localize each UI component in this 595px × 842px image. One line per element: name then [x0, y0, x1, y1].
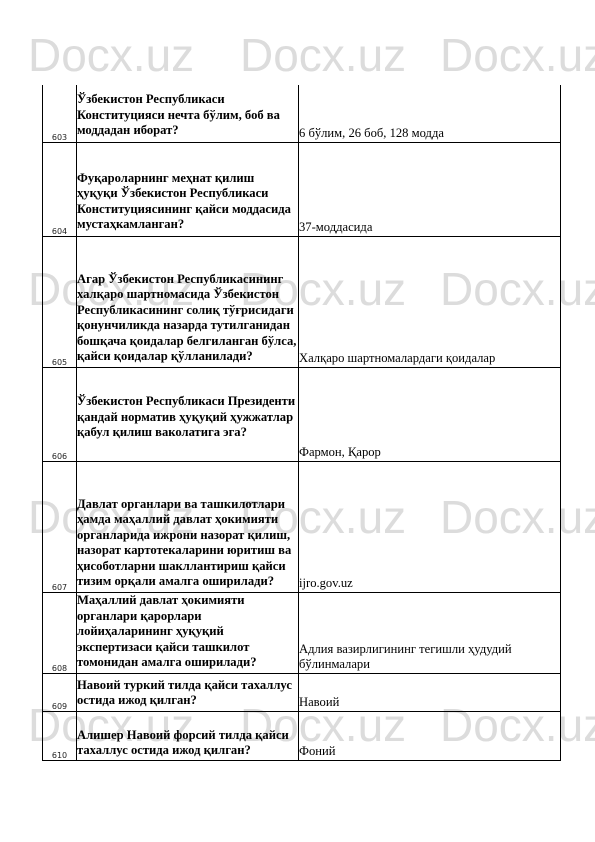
row-number: 608: [43, 592, 77, 673]
row-number: 604: [43, 142, 77, 236]
watermark: Docx.uz: [28, 28, 194, 82]
answer-cell: 37-моддасида: [299, 142, 561, 236]
row-number: 603: [43, 85, 77, 142]
watermark: Docx.uz: [240, 28, 406, 82]
answer-cell: 6 бўлим, 26 боб, 128 модда: [299, 85, 561, 142]
question-cell: Алишер Навоий форсий тилда қайси тахаллу…: [77, 711, 299, 760]
table-row: 605 Агар Ўзбекистон Республикасининг хал…: [43, 236, 561, 367]
question-cell: Фуқароларнинг меҳнат қилиш ҳуқуқи Ўзбеки…: [77, 142, 299, 236]
question-cell: Давлат органлари ва ташкилотлари ҳамда м…: [77, 461, 299, 592]
row-number: 606: [43, 367, 77, 461]
table-row: 610 Алишер Навоий форсий тилда қайси тах…: [43, 711, 561, 760]
question-cell: Маҳаллий давлат ҳокимияти органлари қаро…: [77, 592, 299, 673]
table-row: 607 Давлат органлари ва ташкилотлари ҳам…: [43, 461, 561, 592]
questions-table: 603 Ўзбекистон Республикаси Конституцияс…: [42, 85, 561, 761]
answer-cell: Халқаро шартномалардаги қоидалар: [299, 236, 561, 367]
answer-cell: Фоний: [299, 711, 561, 760]
row-number: 609: [43, 673, 77, 711]
table-row: 604 Фуқароларнинг меҳнат қилиш ҳуқуқи Ўз…: [43, 142, 561, 236]
table-row: 606 Ўзбекистон Республикаси Президенти қ…: [43, 367, 561, 461]
watermark-row: Docx.uz Docx.uz Docx.uz: [0, 28, 595, 78]
row-number: 607: [43, 461, 77, 592]
row-number: 605: [43, 236, 77, 367]
table-row: 609 Навоий туркий тилда қайси тахаллус о…: [43, 673, 561, 711]
row-number: 610: [43, 711, 77, 760]
question-cell: Агар Ўзбекистон Республикасининг халқаро…: [77, 236, 299, 367]
question-cell: Ўзбекистон Республикаси Конституцияси не…: [77, 85, 299, 142]
table-row: 603 Ўзбекистон Республикаси Конституцияс…: [43, 85, 561, 142]
answer-cell: Навоий: [299, 673, 561, 711]
answer-cell: Адлия вазирлигининг тегишли ҳудудий бўли…: [299, 592, 561, 673]
answer-cell: Фармон, Қарор: [299, 367, 561, 461]
table-row: 608 Маҳаллий давлат ҳокимияти органлари …: [43, 592, 561, 673]
question-cell: Ўзбекистон Республикаси Президенти қанда…: [77, 367, 299, 461]
question-cell: Навоий туркий тилда қайси тахаллус остид…: [77, 673, 299, 711]
watermark: Docx.uz: [440, 28, 595, 82]
answer-cell: ijro.gov.uz: [299, 461, 561, 592]
